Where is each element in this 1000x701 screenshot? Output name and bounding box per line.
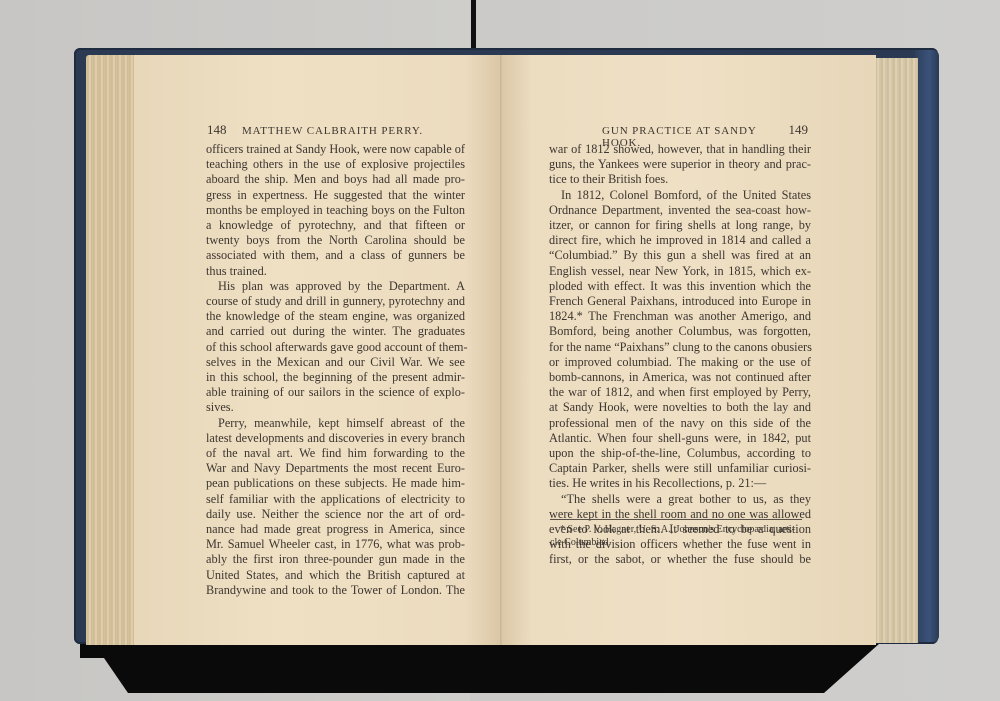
text-line: and carried out during the winter. The g…: [206, 324, 465, 339]
left-running-head: 148 MATTHEW CALBRAITH PERRY.: [207, 122, 463, 138]
left-body-text: officers trained at Sandy Hook, were now…: [206, 142, 465, 598]
text-line: Brandywine and took to the Tower of Lond…: [206, 583, 465, 598]
book-shadow: [80, 643, 880, 693]
text-line: first, or the sabot, or whether the fuse…: [549, 552, 811, 567]
text-line: English vessel, near New York, in 1815, …: [549, 264, 811, 279]
text-line: aboard the ship. Men and boys had all ma…: [206, 172, 465, 187]
text-line: His plan was approved by the Department.…: [206, 279, 465, 294]
text-line: Captain Parker, shells were still unfami…: [549, 461, 811, 476]
paragraph: war of 1812 showed, however, that in han…: [549, 142, 811, 188]
right-page-stack: [874, 58, 918, 643]
left-page: 148 MATTHEW CALBRAITH PERRY. officers tr…: [134, 55, 502, 645]
text-line: War and Navy Departments the most recent…: [206, 461, 465, 476]
text-line: French General Paixhans, introduced into…: [549, 294, 811, 309]
text-line: “Columbiad.” By this gun a shell was fir…: [549, 248, 811, 263]
right-page-number: 149: [789, 122, 809, 138]
text-line: bomb-cannons, in America, was not contin…: [549, 370, 811, 385]
text-line: the war of 1812, and when first employed…: [549, 385, 811, 400]
text-line: ably the first iron three-pounder gun ma…: [206, 552, 465, 567]
footnote-line: cle Columbiad.: [550, 537, 804, 550]
footnote: * See P. V. Hagner, U. S. A., Johnson's …: [550, 524, 804, 549]
left-page-number: 148: [207, 122, 227, 138]
left-running-title: MATTHEW CALBRAITH PERRY.: [242, 125, 423, 137]
text-line: self familiar with the applications of e…: [206, 492, 465, 507]
text-line: itzer, or cannon for firing shells at lo…: [549, 218, 811, 233]
text-line: war of 1812 showed, however, that in han…: [549, 142, 811, 157]
paragraph: In 1812, Colonel Bomford, of the United …: [549, 188, 811, 492]
text-line: officers trained at Sandy Hook, were now…: [206, 142, 465, 157]
text-line: at Sandy Hook, were novelties to both th…: [549, 400, 811, 415]
text-line: tice to their British foes.: [549, 172, 811, 187]
text-line: Ordnance Department, invented the sea-co…: [549, 203, 811, 218]
text-line: Mr. Samuel Wheeler cast, in 1776, what w…: [206, 537, 465, 552]
text-line: ploded with effect. It was this inventio…: [549, 279, 811, 294]
text-line: Bomford, being another Columbus, was for…: [549, 324, 811, 339]
text-line: of the naval art. We find him forwarding…: [206, 446, 465, 461]
left-page-stack: [86, 55, 138, 645]
paragraph: His plan was approved by the Department.…: [206, 279, 465, 416]
right-page: GUN PRACTICE AT SANDY HOOK. 149 war of 1…: [502, 55, 876, 645]
backdrop-seam: [471, 0, 476, 50]
book-cover-edge: [915, 50, 939, 642]
text-line: the knowledge of the steam engine, was o…: [206, 309, 465, 324]
text-line: “The shells were a great bother to us, a…: [549, 492, 811, 507]
text-line: guns, the Yankees were superior in theor…: [549, 157, 811, 172]
text-line: sives.: [206, 400, 465, 415]
text-line: in this school, the beginning of the pre…: [206, 370, 465, 385]
text-line: teaching others in the use of explosive …: [206, 157, 465, 172]
text-line: course of study and drill in gunnery, py…: [206, 294, 465, 309]
text-line: associated with them, and a class of gun…: [206, 248, 465, 263]
text-line: for the name “Paixhans” clung to the can…: [549, 340, 811, 355]
footnote-rule: [550, 519, 802, 520]
right-body-text: war of 1812 showed, however, that in han…: [549, 142, 811, 568]
text-line: a knowledge of pyrotechny, and that fift…: [206, 218, 465, 233]
paragraph: Perry, meanwhile, kept himself abreast o…: [206, 416, 465, 598]
text-line: United States, and which the British cap…: [206, 568, 465, 583]
text-line: Atlantic. When four shell-guns were, in …: [549, 431, 811, 446]
footnote-line: * See P. V. Hagner, U. S. A., Johnson's …: [550, 524, 804, 537]
text-line: professional men of the navy on this sid…: [549, 416, 811, 431]
text-line: pean publications on these subjects. He …: [206, 476, 465, 491]
text-line: latest developments and discoveries in e…: [206, 431, 465, 446]
text-line: Perry, meanwhile, kept himself abreast o…: [206, 416, 465, 431]
text-line: In 1812, Colonel Bomford, of the United …: [549, 188, 811, 203]
text-line: months be employed in teaching boys on t…: [206, 203, 465, 218]
text-line: or improved columbiad. The making or the…: [549, 355, 811, 370]
paragraph: officers trained at Sandy Hook, were now…: [206, 142, 465, 279]
text-line: upon the ship-of-the-line, Columbus, acc…: [549, 446, 811, 461]
text-line: nance had made great progress in America…: [206, 522, 465, 537]
text-line: twenty boys from the North Carolina shou…: [206, 233, 465, 248]
text-line: ties. He writes in his Recollections, p.…: [549, 476, 811, 491]
text-line: able training of our sailors in the scie…: [206, 385, 465, 400]
text-line: daily use. Neither the science nor the a…: [206, 507, 465, 522]
text-line: direct fire, which he improved in 1814 a…: [549, 233, 811, 248]
text-line: of this school afterwards gave good acco…: [206, 340, 465, 355]
text-line: gress in expertness. He suggested that t…: [206, 188, 465, 203]
text-line: thus trained.: [206, 264, 465, 279]
text-line: selves in the Mexican and our Civil War.…: [206, 355, 465, 370]
text-line: 1824.* The Frenchman was another Amerigo…: [549, 309, 811, 324]
